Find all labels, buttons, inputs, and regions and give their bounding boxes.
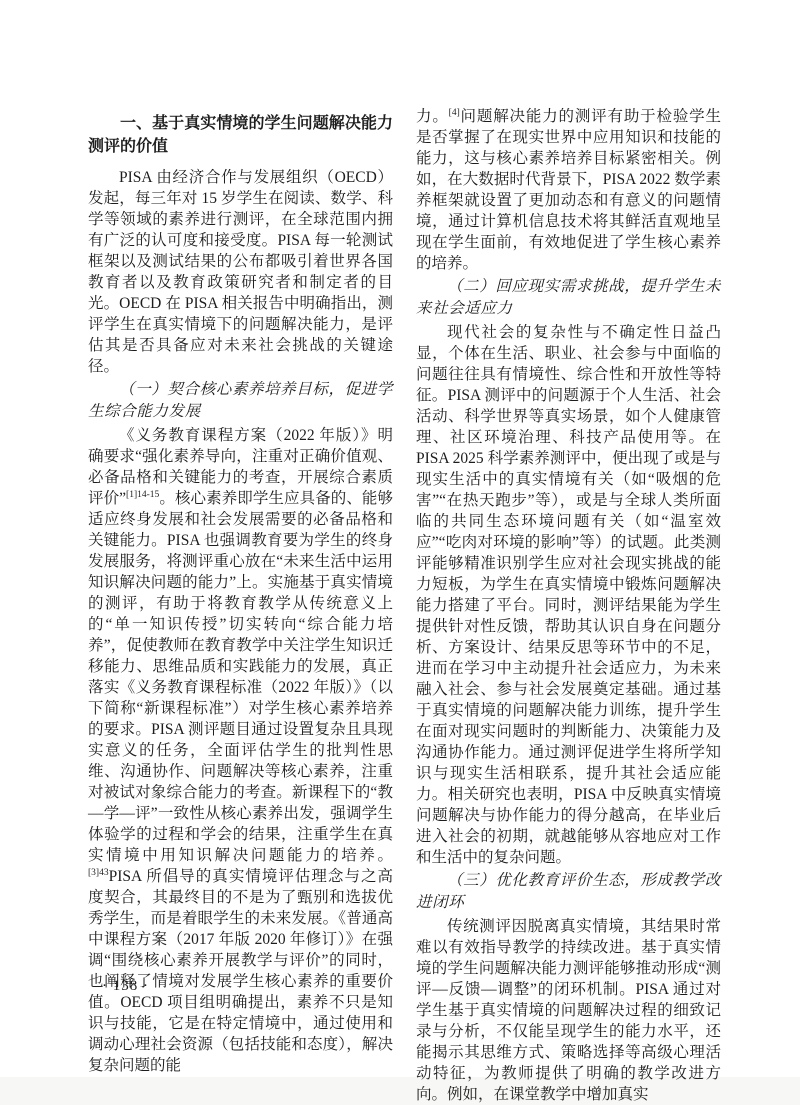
text-run: 。核心素养即学生应具备的、能够适应终身发展和社会发展需要的必备品格和关键能力。P…	[88, 490, 393, 864]
subsection-heading-2: （二）回应现实需求挑战，提升学生未来社会适应力	[416, 276, 721, 320]
page-number: · 138 ·	[102, 978, 149, 995]
subsection-heading-1: （一）契合核心素养培养目标，促进学生综合能力发展	[88, 379, 393, 423]
left-column: 一、基于真实情境的学生问题解决能力测评的价值 PISA 由经济合作与发展组织（O…	[88, 112, 393, 1076]
paragraph-continuation: 力。[4]问题解决能力的测评有助于检验学生是否掌握了在现实世界中应用知识和技能的…	[416, 106, 721, 274]
paper-page: 一、基于真实情境的学生问题解决能力测评的价值 PISA 由经济合作与发展组织（O…	[0, 0, 800, 1077]
text-run: 力。	[416, 108, 449, 125]
citation-ref: [4]	[449, 108, 460, 118]
text-run: PISA 所倡导的真实情境评估理念与之高度契合，其最终目的不是为了甄别和选拔优秀…	[88, 868, 393, 1074]
text-run: 问题解决能力的测评有助于检验学生是否掌握了在现实世界中应用知识和技能的能力，这与…	[416, 108, 721, 272]
paragraph-intro: PISA 由经济合作与发展组织（OECD）发起，每三年对 15 岁学生在阅读、数…	[88, 167, 393, 377]
citation-ref: [1]14-15	[126, 490, 159, 500]
citation-ref: [3]43	[88, 868, 109, 878]
paragraph-evaluation-loop: 传统测评因脱离真实情境，其结果时常难以有效指导教学的持续改进。基于真实情境的学生…	[416, 916, 721, 1077]
paragraph-social-adaptability: 现代社会的复杂性与不确定性日益凸显，个体在生活、职业、社会参与中面临的问题往往具…	[416, 322, 721, 868]
section-heading: 一、基于真实情境的学生问题解决能力测评的价值	[88, 112, 393, 158]
subsection-heading-3: （三）优化教育评价生态，形成教学改进闭环	[416, 870, 721, 914]
right-column: 力。[4]问题解决能力的测评有助于检验学生是否掌握了在现实世界中应用知识和技能的…	[416, 106, 721, 1077]
